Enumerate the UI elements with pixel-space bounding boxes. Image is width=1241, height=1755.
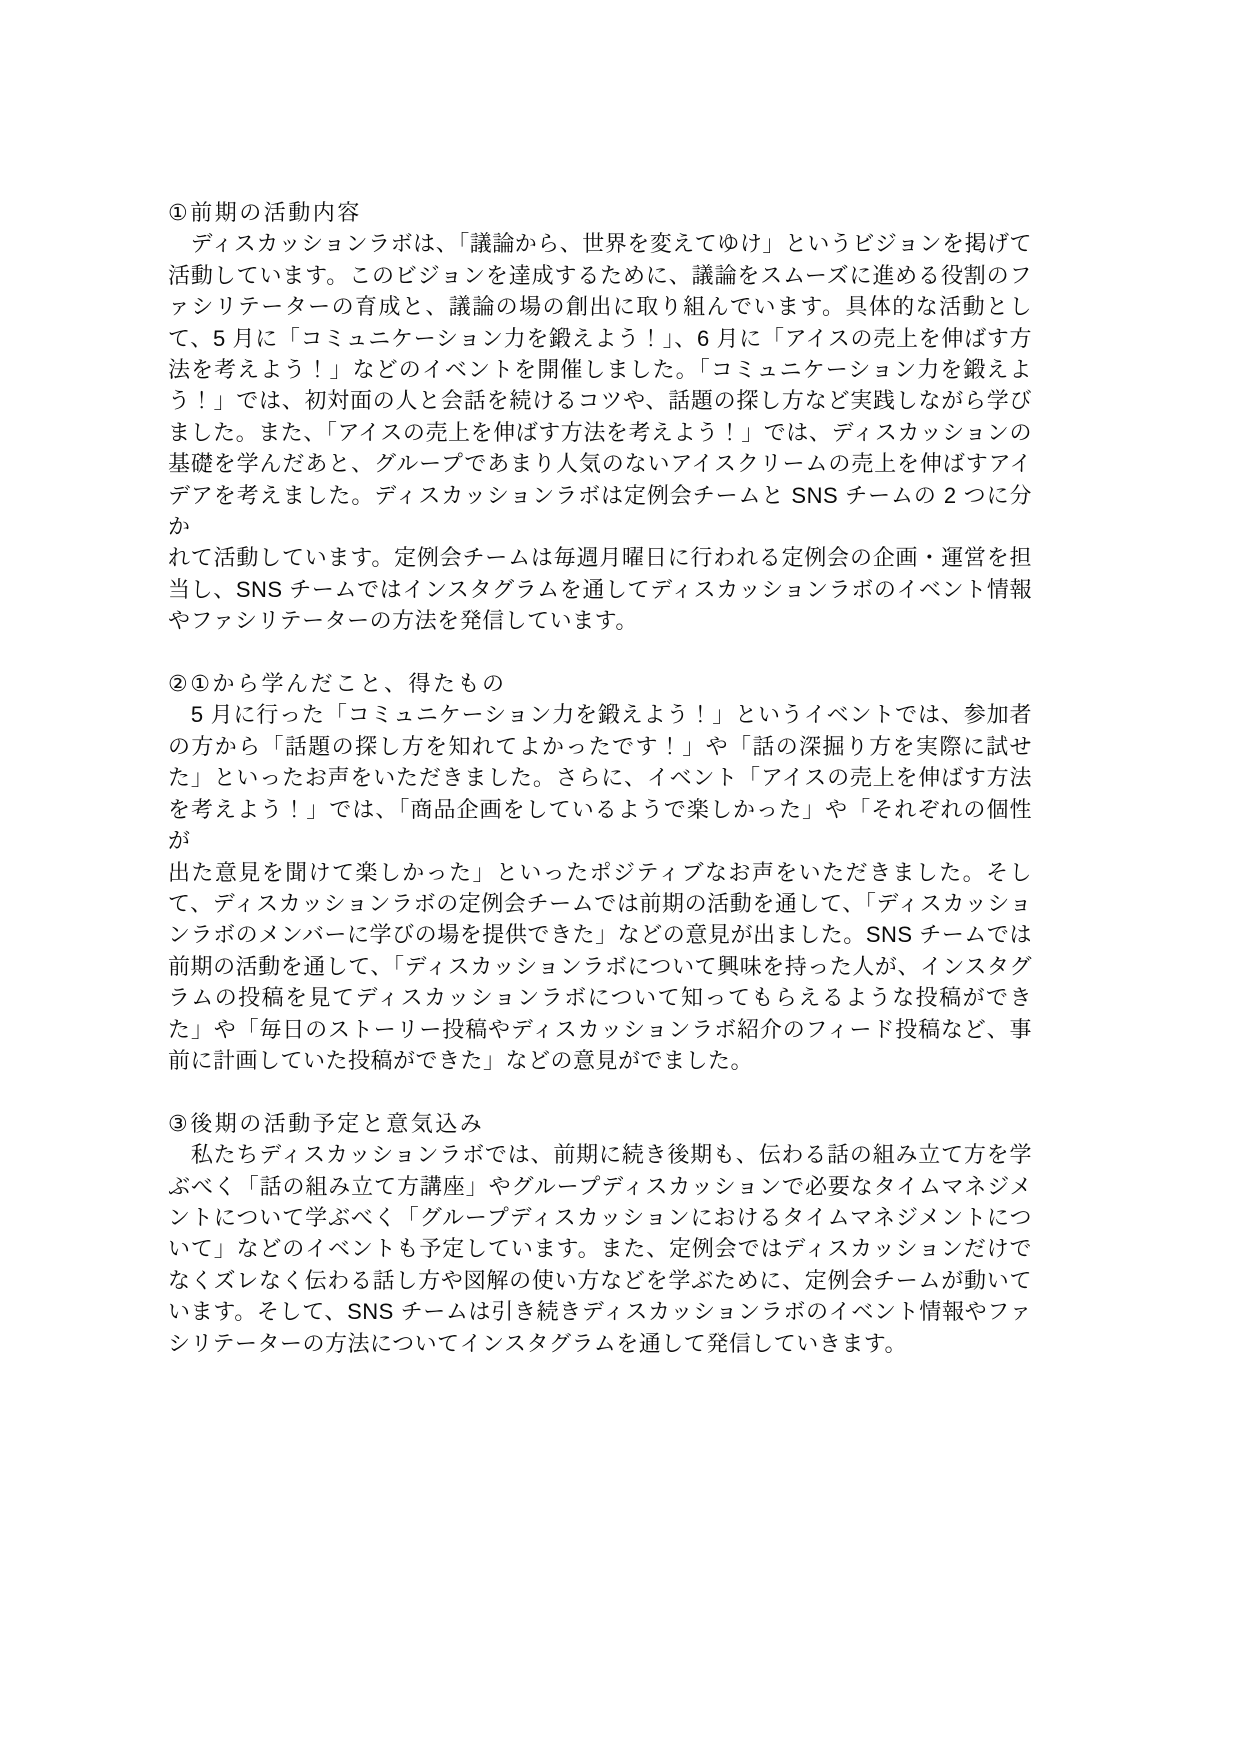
text-line: ぶべく「話の組み立て方講座」やグループディスカッションで必要なタイムマネジメ — [168, 1171, 1032, 1202]
text-line: ラムの投稿を見てディスカッションラボについて知ってもらえるような投稿ができ — [168, 982, 1032, 1013]
document-page: ①前期の活動内容 ディスカッションラボは、「議論から、世界を変えてゆけ」というビ… — [0, 0, 1241, 1755]
text-line: ディスカッションラボは、「議論から、世界を変えてゆけ」というビジョンを掲げて — [168, 228, 1032, 259]
text-line: ァシリテーターの育成と、議論の場の創出に取り組んでいます。具体的な活動とし — [168, 291, 1032, 322]
text-line: て、ディスカッションラボの定例会チームでは前期の活動を通して、「ディスカッショ — [168, 888, 1032, 919]
text-line: れて活動しています。定例会チームは毎週月曜日に行われる定例会の企画・運営を担 — [168, 542, 1032, 573]
text-line: の方から「話題の探し方を知れてよかったです！」や「話の深掘り方を実際に試せ — [168, 731, 1032, 762]
text-line: シリテーターの方法についてインスタグラムを通して発信していきます。 — [168, 1328, 1032, 1359]
text-line: 前に計画していた投稿ができた」などの意見がでました。 — [168, 1045, 1032, 1076]
section: ②①から学んだこと、得たもの 5 月に行った「コミュニケーション力を鍛えよう！」… — [168, 668, 1032, 1076]
text-line: 法を考えよう！」などのイベントを開催しました。「コミュニケーション力を鍛えよ — [168, 354, 1032, 385]
text-line: た」や「毎日のストーリー投稿やディスカッションラボ紹介のフィード投稿など、事 — [168, 1014, 1032, 1045]
text-line: 出た意見を聞けて楽しかった」といったポジティブなお声をいただきました。そし — [168, 857, 1032, 888]
section: ①前期の活動内容 ディスカッションラボは、「議論から、世界を変えてゆけ」というビ… — [168, 197, 1032, 637]
text-line: 活動しています。このビジョンを達成するために、議論をスムーズに進める役割のフ — [168, 260, 1032, 291]
text-line: 当し、SNS チームではインスタグラムを通してディスカッションラボのイベント情報 — [168, 574, 1032, 605]
text-line: なくズレなく伝わる話し方や図解の使い方などを学ぶために、定例会チームが動いて — [168, 1265, 1032, 1296]
section-heading: ①前期の活動内容 — [168, 197, 1032, 228]
text-line: います。そして、SNS チームは引き続きディスカッションラボのイベント情報やファ — [168, 1296, 1032, 1327]
text-line: て、5 月に「コミュニケーション力を鍛えよう！」、6 月に「アイスの売上を伸ばす… — [168, 323, 1032, 354]
document-body: ①前期の活動内容 ディスカッションラボは、「議論から、世界を変えてゆけ」というビ… — [168, 197, 1032, 1359]
text-line: た」といったお声をいただきました。さらに、イベント「アイスの売上を伸ばす方法 — [168, 762, 1032, 793]
text-line: ントについて学ぶべく「グループディスカッションにおけるタイムマネジメントにつ — [168, 1202, 1032, 1233]
text-line: いて」などのイベントも予定しています。また、定例会ではディスカッションだけで — [168, 1233, 1032, 1264]
text-line: ンラボのメンバーに学びの場を提供できた」などの意見が出ました。SNS チームでは — [168, 919, 1032, 950]
text-line: ました。また、「アイスの売上を伸ばす方法を考えよう！」では、ディスカッションの — [168, 417, 1032, 448]
text-line: 基礎を学んだあと、グループであまり人気のないアイスクリームの売上を伸ばすアイ — [168, 448, 1032, 479]
text-line: を考えよう！」では、「商品企画をしているようで楽しかった」や「それぞれの個性が — [168, 794, 1032, 857]
text-line: デアを考えました。ディスカッションラボは定例会チームと SNS チームの 2 つ… — [168, 480, 1032, 543]
text-line: う！」では、初対面の人と会話を続けるコツや、話題の探し方など実践しながら学び — [168, 385, 1032, 416]
section-heading: ②①から学んだこと、得たもの — [168, 668, 1032, 699]
section: ③後期の活動予定と意気込み 私たちディスカッションラボでは、前期に続き後期も、伝… — [168, 1108, 1032, 1359]
text-line: 5 月に行った「コミュニケーション力を鍛えよう！」というイベントでは、参加者 — [168, 699, 1032, 730]
text-line: やファシリテーターの方法を発信しています。 — [168, 605, 1032, 636]
text-line: 私たちディスカッションラボでは、前期に続き後期も、伝わる話の組み立て方を学 — [168, 1139, 1032, 1170]
text-line: 前期の活動を通して、「ディスカッションラボについて興味を持った人が、インスタグ — [168, 951, 1032, 982]
section-heading: ③後期の活動予定と意気込み — [168, 1108, 1032, 1139]
